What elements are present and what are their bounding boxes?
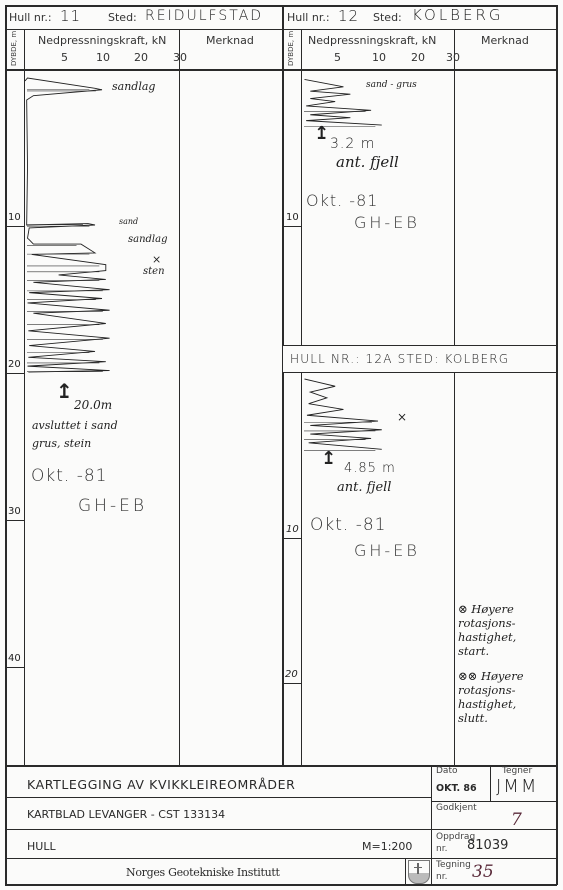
force-tick-20-11: 20 — [134, 51, 148, 64]
sounding-log-sheet: Hull nr.: 11 Sted: REIDULFSTAD DYBDE, m … — [0, 0, 563, 890]
force-tick-10-11: 10 — [96, 51, 110, 64]
title-block-top — [5, 765, 557, 767]
annotation-stone-mark-12a: × — [397, 410, 407, 424]
hull-label-11: Hull nr.: — [9, 11, 52, 24]
map-sheet: KARTBLAD LEVANGER - CST 133134 — [27, 808, 225, 821]
stop-text-2-11: grus, stein — [32, 437, 91, 450]
depth-axis-label-11: DYBDE, m — [10, 31, 18, 66]
stop-text-12: ant. fjell — [336, 153, 399, 171]
legend-item-end: ⊗⊗ Høyere rotasjons- hastighet, slutt. — [458, 669, 554, 725]
sounding-profile-12a — [302, 373, 454, 765]
annotation-stone-mark-11: × — [152, 253, 161, 266]
assignment-number: 81039 — [467, 838, 508, 853]
initials-11: GH-EB — [78, 496, 147, 516]
date-value: OKT. 86 — [436, 783, 477, 794]
stop-depth-12: 3.2 m — [330, 136, 375, 152]
frame-right — [556, 5, 558, 885]
sted-label-11: Sted: — [108, 11, 137, 24]
assignment-label-2: nr. — [436, 844, 447, 854]
hull-number-11: 11 — [60, 7, 81, 25]
sted-label-12: Sted: — [373, 11, 402, 24]
drawing-number: 35 — [472, 862, 494, 882]
approved-value: 7 — [511, 810, 522, 830]
force-axis-label-11: Nedpressningskraft, kN — [38, 34, 166, 47]
institute-name: Norges Geotekniske Institutt — [126, 866, 280, 879]
legend-item-start: ⊗ Høyere rotasjons- hastighet, start. — [458, 602, 554, 658]
force-axis-label-12: Nedpressningskraft, kN — [308, 34, 436, 47]
initials-12a: GH-EB — [354, 541, 420, 560]
hole-12a-header: HULL NR.: 12A STED: KOLBERG — [290, 352, 509, 366]
header-row1-divider — [5, 29, 557, 30]
project-title: KARTLEGGING AV KVIKKLEIREOMRÅDER — [27, 777, 295, 792]
date-12: Okt. -81 — [306, 191, 378, 210]
ngi-logo-icon — [408, 860, 430, 884]
left-merknad-col-line — [179, 29, 180, 765]
drawing-number-label-1: Tegning — [436, 860, 471, 870]
date-label: Dato — [436, 766, 457, 776]
date-11: Okt. -81 — [31, 466, 107, 486]
approved-label: Godkjent — [436, 803, 477, 813]
sted-value-11: REIDULFSTAD — [145, 8, 263, 24]
stop-text-1-11: avsluttet i sand — [32, 419, 118, 432]
stop-arrow-icon-12a: ↥ — [321, 450, 336, 468]
drawn-by-label: Tegner — [502, 766, 532, 776]
right-merknad-col-line — [454, 29, 455, 765]
force-tick-20-12: 20 — [411, 51, 425, 64]
stop-arrow-icon-11: ↥ — [56, 381, 73, 401]
sounding-profile-11 — [25, 70, 179, 765]
stop-depth-11: 20.0m — [74, 398, 112, 412]
frame-bottom — [5, 884, 557, 886]
stop-depth-12a: 4.85 m — [344, 461, 396, 476]
merknad-header-12: Merknad — [481, 34, 529, 47]
stop-arrow-icon-12: ↥ — [314, 125, 329, 143]
legend: ⊗ Høyere rotasjons- hastighet, start. ⊗⊗… — [458, 602, 554, 725]
hull-number-12: 12 — [338, 7, 359, 25]
annotation-sand-grus-12: sand - grus — [366, 80, 417, 90]
annotation-sand-11: sand — [119, 217, 138, 226]
force-tick-5-11: 5 — [61, 51, 68, 64]
rotation-start-symbol-icon: ⊗ — [458, 602, 468, 616]
drawing-number-label-2: nr. — [436, 872, 447, 882]
merknad-header-11: Merknad — [206, 34, 254, 47]
annotation-sandlag-11: sandlag — [128, 234, 168, 245]
stop-text-12a: ant. fjell — [337, 480, 391, 495]
initials-12: GH-EB — [354, 213, 420, 232]
force-tick-30-12: 30 — [446, 51, 460, 64]
frame-left — [5, 5, 7, 885]
sted-value-12: KOLBERG — [412, 6, 504, 24]
depth-axis-label-12: DYBDE, m — [287, 31, 295, 66]
force-tick-5-12: 5 — [334, 51, 341, 64]
panel-divider — [282, 5, 284, 765]
rotation-end-symbol-icon: ⊗⊗ — [458, 669, 477, 683]
annotation-sandlag-top-11: sandlag — [112, 80, 155, 93]
date-12a: Okt. -81 — [310, 515, 386, 535]
force-tick-30-11: 30 — [173, 51, 187, 64]
drawing-type: HULL — [27, 840, 56, 853]
drawing-scale: M=1:200 — [362, 840, 412, 853]
hull-label-12: Hull nr.: — [287, 11, 330, 24]
force-tick-10-12: 10 — [372, 51, 386, 64]
annotation-sten-11: sten — [143, 266, 165, 277]
drawn-by-value: JMM — [496, 776, 538, 797]
